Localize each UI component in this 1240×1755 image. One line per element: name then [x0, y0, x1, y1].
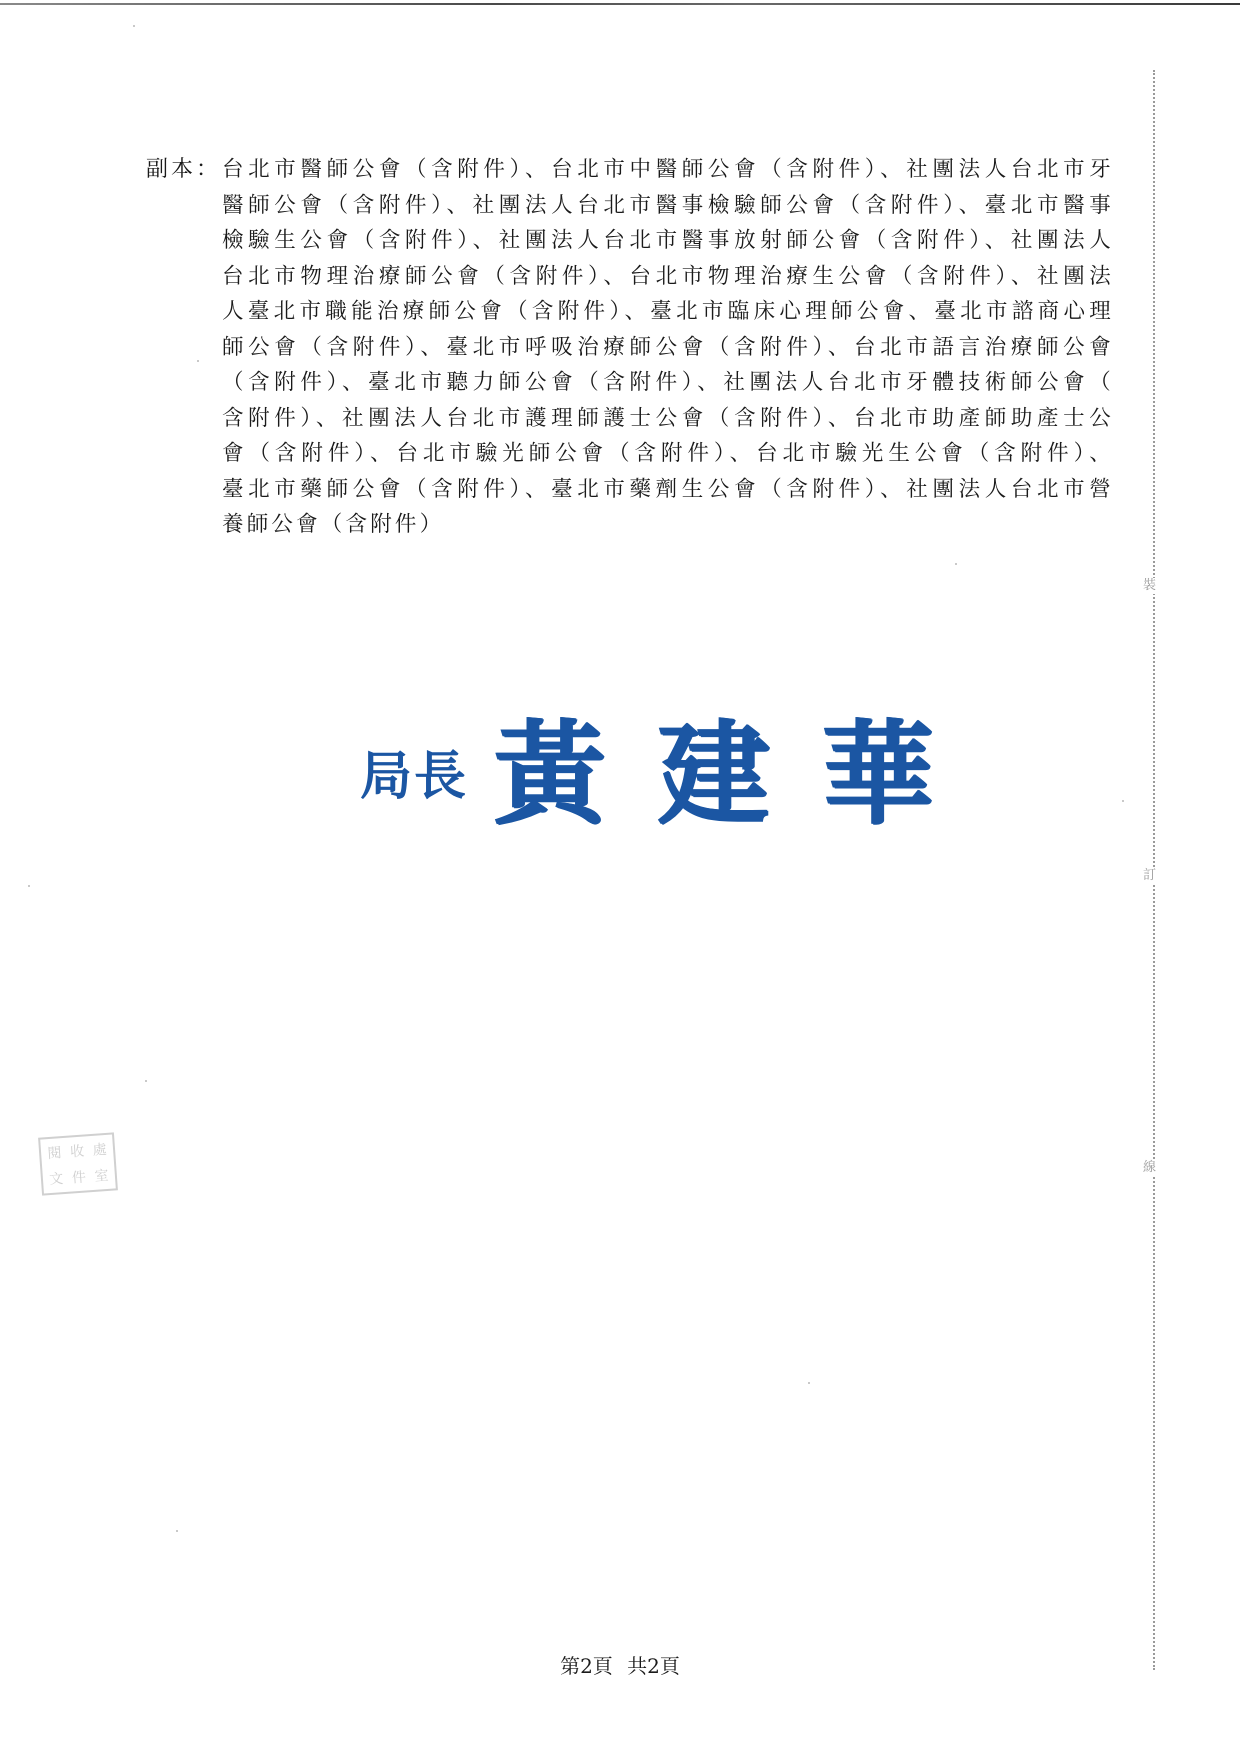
scan-speck [176, 1530, 178, 1532]
cc-line: 檢驗生公會（含附件）、社團法人台北市醫事放射師公會（含附件）、社團法人 [222, 223, 1114, 259]
cc-line: （含附件）、臺北市聽力師公會（含附件）、社團法人台北市牙體技術師公會（ [222, 365, 1114, 401]
page-current: 第2頁 [560, 1654, 613, 1678]
scan-speck [955, 563, 957, 565]
binding-mark-xian: 線 [1143, 1160, 1156, 1176]
cc-line: 醫師公會（含附件）、社團法人台北市醫事檢驗師公會（含附件）、臺北市醫事 [222, 188, 1114, 224]
cc-line: 台北市醫師公會（含附件）、台北市中醫師公會（含附件）、社團法人台北市牙 [222, 152, 1114, 188]
page-number-footer: 第2頁 共2頁 [0, 1650, 1240, 1679]
cc-recipients-text: 台北市醫師公會（含附件）、台北市中醫師公會（含附件）、社團法人台北市牙 醫師公會… [222, 152, 1114, 543]
cc-label: 副本： [146, 152, 221, 188]
cc-line: 含附件）、社團法人台北市護理師護士公會（含附件）、台北市助產師助產士公 [222, 401, 1114, 437]
scan-speck [1122, 800, 1124, 802]
cc-line: 會（含附件）、台北市驗光師公會（含附件）、台北市驗光生公會（含附件）、 [222, 436, 1114, 472]
stamp-char: 收 [66, 1139, 88, 1164]
cc-line: 臺北市藥師公會（含附件）、臺北市藥劑生公會（含附件）、社團法人台北市營 [222, 472, 1114, 508]
director-signature-seal: 局長 黃建華 [360, 690, 986, 840]
scan-speck [145, 1080, 147, 1082]
stamp-char: 文 [45, 1167, 67, 1192]
cc-line: 人臺北市職能治療師公會（含附件）、臺北市臨床心理師公會、臺北市諮商心理 [222, 294, 1114, 330]
scan-speck [197, 360, 199, 362]
cc-line: 台北市物理治療師公會（含附件）、台北市物理治療生公會（含附件）、社團法 [222, 259, 1114, 295]
scan-speck [28, 885, 30, 887]
signature-title: 局長 [360, 734, 468, 809]
cc-line: 師公會（含附件）、臺北市呼吸治療師公會（含附件）、台北市語言治療師公會 [222, 330, 1114, 366]
binding-mark-ding: 訂 [1143, 868, 1156, 884]
signature-name: 黃建華 [494, 685, 986, 846]
stamp-char: 室 [90, 1164, 112, 1189]
cc-line: 養師公會（含附件） [222, 507, 1114, 543]
page-total: 共2頁 [627, 1654, 680, 1678]
scan-top-edge [0, 3, 1240, 5]
binding-mark-zhuang: 裝 [1143, 578, 1156, 594]
scan-speck [808, 1382, 810, 1384]
stamp-char: 閱 [43, 1141, 65, 1166]
stamp-char: 件 [68, 1165, 90, 1190]
stamp-char: 處 [89, 1138, 111, 1163]
scan-speck [133, 25, 135, 27]
received-stamp: 閱 收 處 文 件 室 [38, 1132, 118, 1195]
